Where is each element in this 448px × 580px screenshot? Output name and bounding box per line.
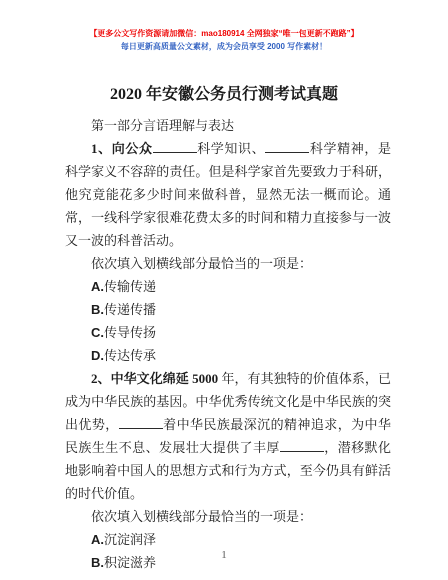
- option-text: 传达传承: [104, 348, 156, 363]
- blank-underline: [265, 140, 309, 153]
- question-text: 科学精神，是科学家义不容辞的责任。但是科学家首先要致力于科研，他究竟能花多少时间…: [65, 141, 391, 248]
- option-text: 传输传递: [104, 279, 156, 294]
- question-lead-text: 2、中华文化绵延 5000: [91, 371, 218, 386]
- blank-underline: [153, 140, 197, 153]
- option-letter: C.: [91, 325, 104, 340]
- option-text: 沉淀润泽: [104, 532, 156, 547]
- question-lead-text: 1、向公众: [91, 141, 153, 156]
- option-item: A.沉淀润泽: [65, 528, 391, 551]
- promo-line-1: 【更多公文写作资源请加微信：mao180914 全网独家“唯一包更新不跑路”】: [0, 27, 448, 40]
- questions-container: 1、向公众科学知识、科学精神，是科学家义不容辞的责任。但是科学家首先要致力于科研…: [65, 137, 391, 574]
- document-content: 第一部分言语理解与表达 1、向公众科学知识、科学精神，是科学家义不容辞的责任。但…: [0, 114, 448, 574]
- blank-underline: [119, 416, 163, 429]
- document-page: 【更多公文写作资源请加微信：mao180914 全网独家“唯一包更新不跑路”】 …: [0, 0, 448, 580]
- option-letter: D.: [91, 348, 104, 363]
- section-heading: 第一部分言语理解与表达: [65, 114, 391, 137]
- page-number: 1: [0, 549, 448, 561]
- question-text: 科学知识、: [197, 141, 266, 156]
- promo-line-2: 每日更新高质量公文素材，成为会员享受 2000 写作素材！: [0, 40, 448, 53]
- option-text: 传导传扬: [104, 325, 156, 340]
- answer-prompt: 依次填入划横线部分最恰当的一项是：: [65, 252, 391, 275]
- question-paragraph: 2、中华文化绵延 5000 年，有其独特的价值体系，已成为中华民族的基因。中华优…: [65, 367, 391, 505]
- option-letter: A.: [91, 279, 104, 294]
- answer-prompt: 依次填入划横线部分最恰当的一项是：: [65, 505, 391, 528]
- option-text: 传递传播: [104, 302, 156, 317]
- blank-underline: [280, 439, 324, 452]
- option-item: D.传达传承: [65, 344, 391, 367]
- document-title: 2020 年安徽公务员行测考试真题: [0, 83, 448, 107]
- option-letter: B.: [91, 302, 104, 317]
- option-item: B.传递传播: [65, 298, 391, 321]
- question-paragraph: 1、向公众科学知识、科学精神，是科学家义不容辞的责任。但是科学家首先要致力于科研…: [65, 137, 391, 252]
- promo-header: 【更多公文写作资源请加微信：mao180914 全网独家“唯一包更新不跑路”】 …: [0, 0, 448, 53]
- option-letter: A.: [91, 532, 104, 547]
- option-item: C.传导传扬: [65, 321, 391, 344]
- option-item: A.传输传递: [65, 275, 391, 298]
